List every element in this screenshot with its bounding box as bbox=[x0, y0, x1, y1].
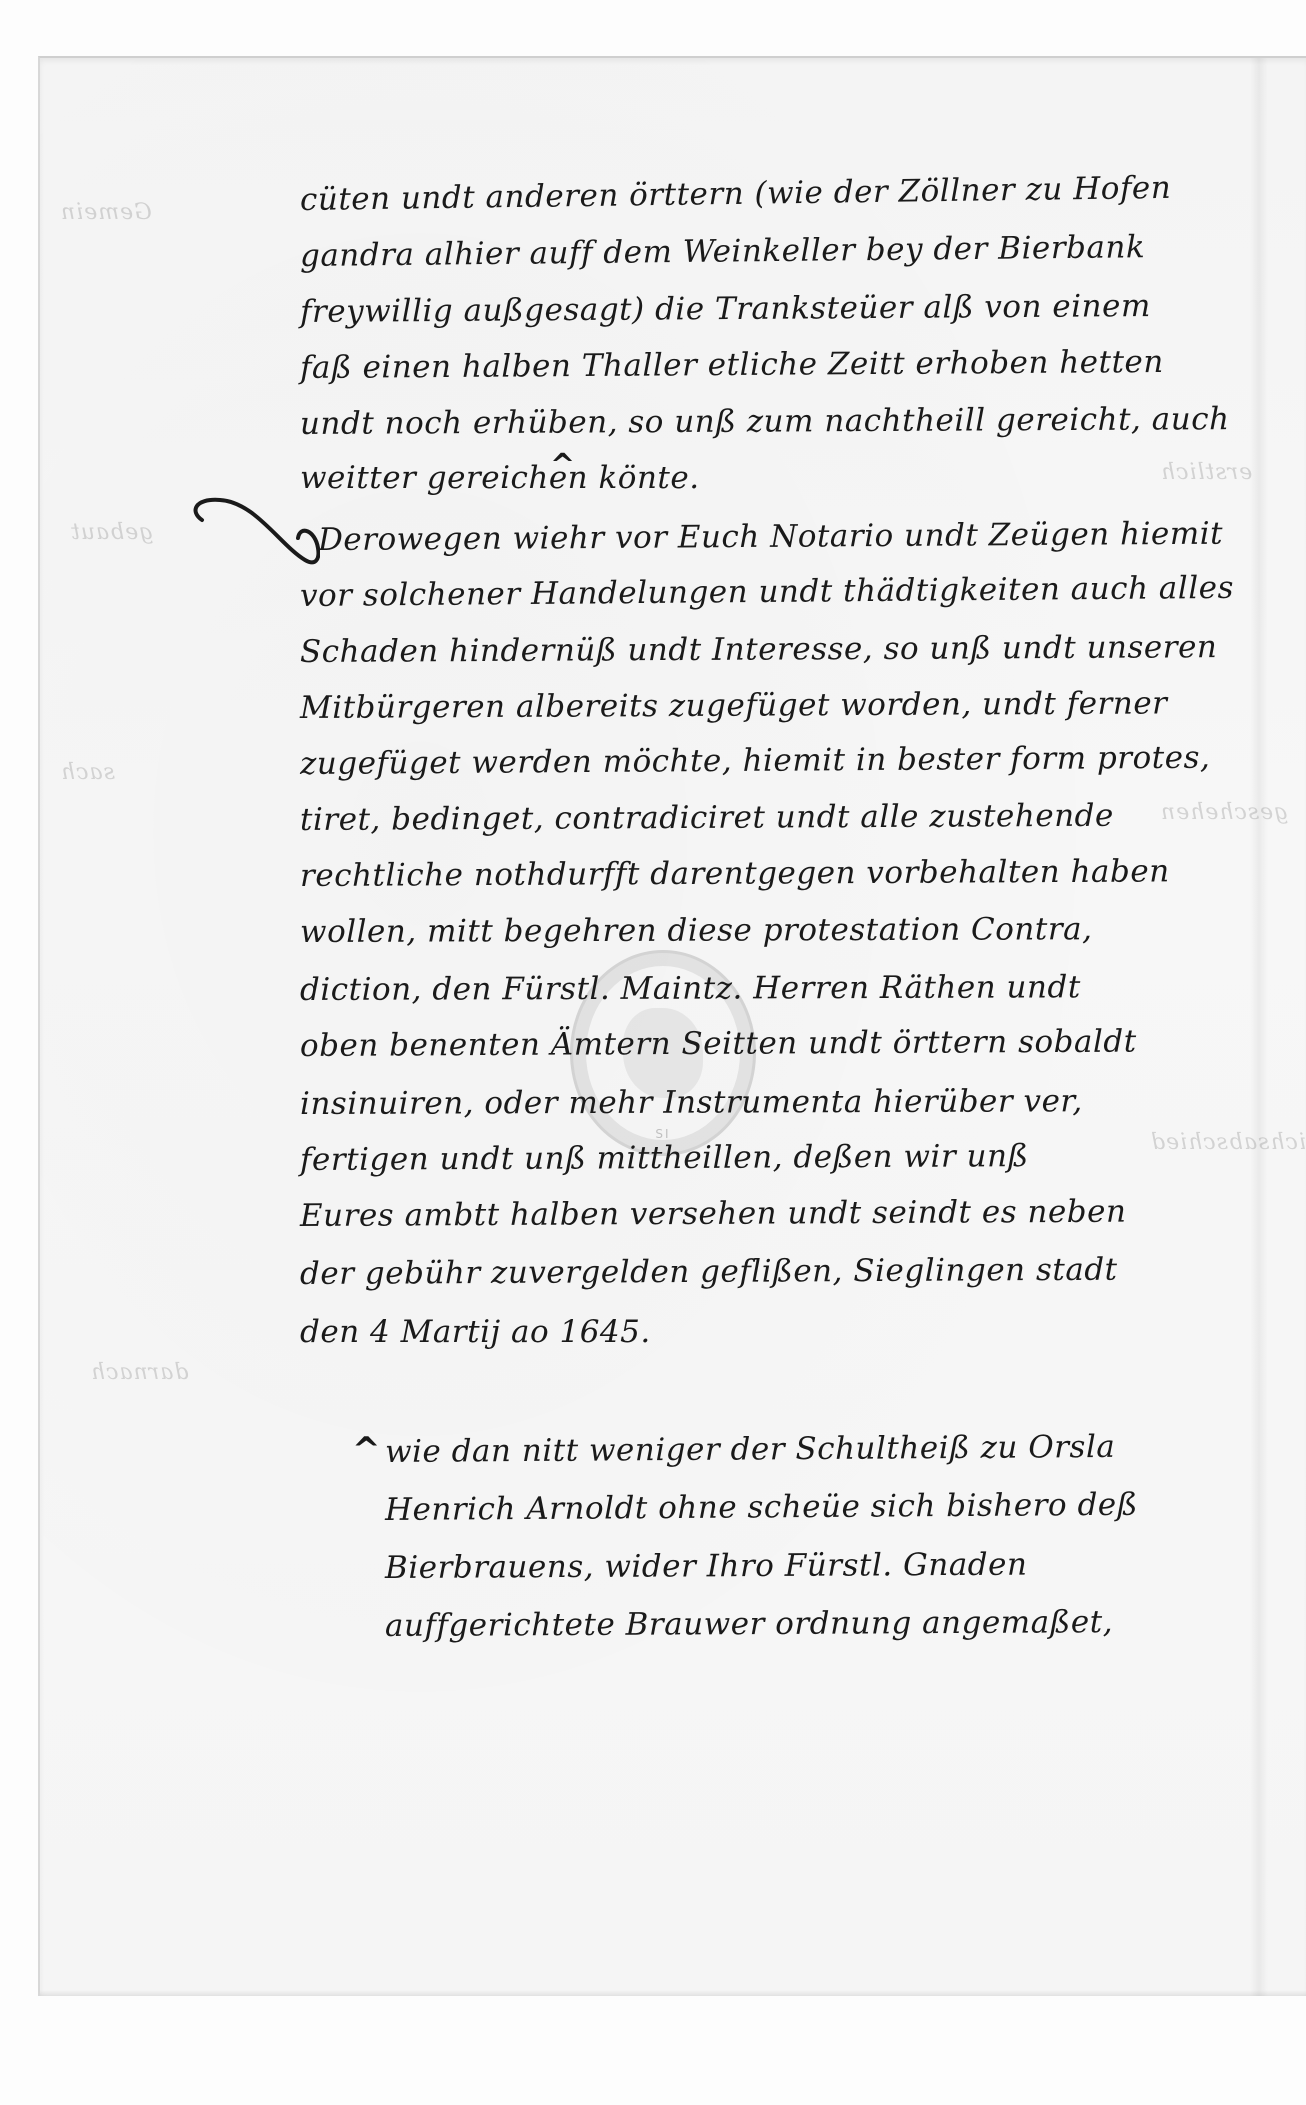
manuscript-line: wollen, mitt begehren diese protestation… bbox=[300, 911, 1093, 950]
manuscript-line: wie dan nitt weniger der Schultheiß zu O… bbox=[385, 1429, 1116, 1470]
manuscript-line: auffgerichtete Brauwer ordnung angemaßet… bbox=[385, 1604, 1113, 1644]
manuscript-line: der gebühr zuvergelden geflißen, Sieglin… bbox=[300, 1252, 1118, 1292]
insertion-caret-mark: ^ bbox=[352, 1430, 381, 1470]
manuscript-line: faß einen halben Thaller etliche Zeitt e… bbox=[300, 344, 1164, 386]
manuscript-line: undt noch erhüben, so unß zum nachtheill… bbox=[300, 401, 1230, 442]
insertion-caret-mark: ^ bbox=[550, 448, 575, 483]
manuscript-line: oben benenten Ämtern Seitten undt örtter… bbox=[300, 1024, 1137, 1064]
initial-flourish-icon bbox=[180, 490, 320, 580]
manuscript-line: Bierbrauens, wider Ihro Fürstl. Gnaden bbox=[385, 1547, 1028, 1586]
manuscript-line: Eures ambtt halben versehen undt seindt … bbox=[300, 1194, 1127, 1234]
manuscript-line: fertigen undt unß mittheillen, deßen wir… bbox=[300, 1138, 1029, 1178]
manuscript-line: gandra alhier auff dem Weinkeller bey de… bbox=[300, 229, 1146, 274]
manuscript-line: Schaden hindernüß undt Interesse, so unß… bbox=[300, 629, 1218, 670]
manuscript-line: vor solchener Handelungen undt thädtigke… bbox=[300, 570, 1234, 614]
manuscript-line: weitter gereichen könte. bbox=[300, 460, 700, 496]
manuscript-line: zugefüget werden möchte, hiemit in beste… bbox=[300, 740, 1211, 782]
manuscript-line: rechtliche nothdurfft darentgegen vorbeh… bbox=[300, 853, 1170, 894]
manuscript-line: diction, den Fürstl. Maintz. Herren Räth… bbox=[300, 969, 1081, 1008]
manuscript-line: freywillig außgesagt) die Tranksteüer al… bbox=[300, 288, 1151, 330]
manuscript-line: Mitbürgeren albereits zugefüget worden, … bbox=[300, 685, 1168, 726]
manuscript-line: cüten undt anderen örttern (wie der Zöll… bbox=[300, 170, 1172, 218]
manuscript-text: cüten undt anderen örttern (wie der Zöll… bbox=[0, 0, 1306, 2105]
manuscript-line: Henrich Arnoldt ohne scheüe sich bishero… bbox=[385, 1487, 1138, 1528]
manuscript-line: tiret, bedinget, contradiciret undt alle… bbox=[300, 798, 1114, 838]
manuscript-line: Derowegen wiehr vor Euch Notario undt Ze… bbox=[318, 516, 1223, 558]
date-line: den 4 Martij ao 1645. bbox=[300, 1314, 651, 1350]
manuscript-line: insinuiren, oder mehr Instrumenta hierüb… bbox=[300, 1083, 1083, 1122]
